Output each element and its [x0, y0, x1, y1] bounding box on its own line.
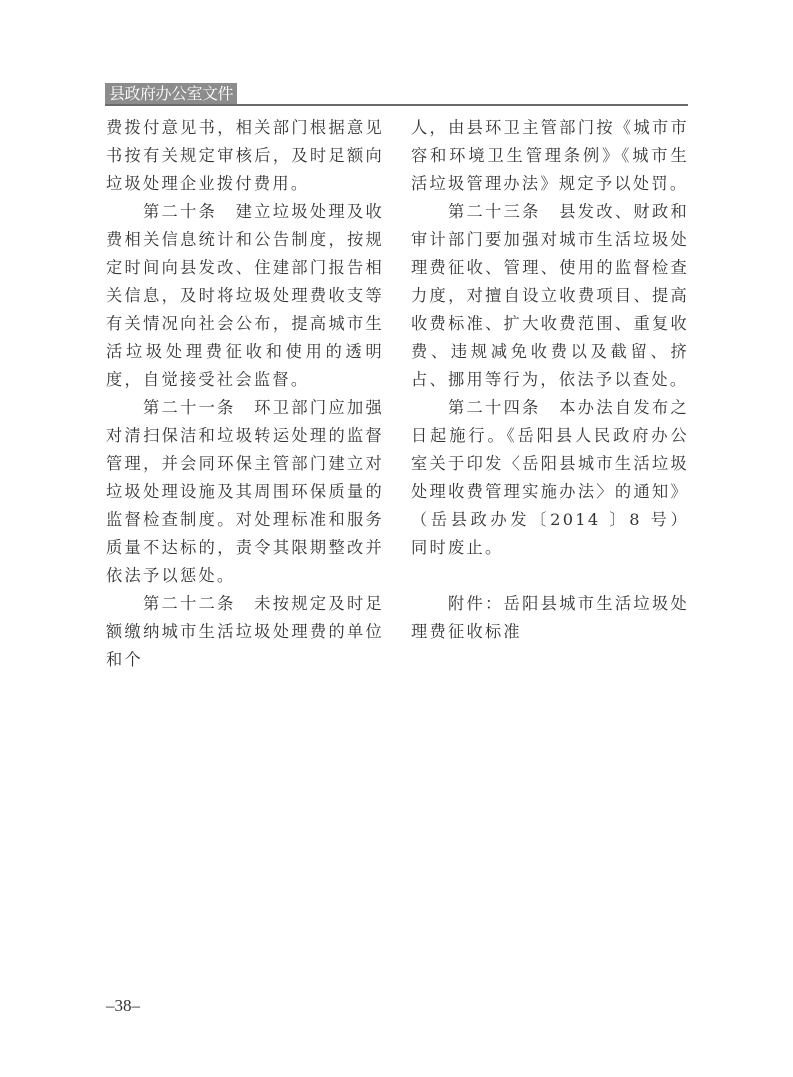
article-22: 第二十二条 未按规定及时足额缴纳城市生活垃圾处理费的单位和个 — [106, 590, 384, 674]
article-24: 第二十四条 本办法自发布之日起施行。《岳阳县人民政府办公室关于印发〈岳阳县城市生… — [411, 394, 689, 562]
spacer — [411, 562, 689, 590]
article-20: 第二十条 建立垃圾处理及收费相关信息统计和公告制度，按规定时间向县发改、住建部门… — [106, 198, 384, 394]
attachment-note: 附件：岳阳县城市生活垃圾处理费征收标准 — [411, 590, 689, 646]
article-23: 第二十三条 县发改、财政和审计部门要加强对城市生活垃圾处理费征收、管理、使用的监… — [411, 198, 689, 394]
right-column: 人，由县环卫主管部门按《城市市容和环境卫生管理条例》《城市生活垃圾管理办法》规定… — [411, 114, 689, 646]
section-header-tag: 县政府办公室文件 — [105, 83, 237, 104]
header-rule — [105, 104, 688, 106]
left-column: 费拨付意见书，相关部门根据意见书按有关规定审核后，及时足额向垃圾处理企业拨付费用… — [106, 114, 384, 674]
paragraph-continuation: 人，由县环卫主管部门按《城市市容和环境卫生管理条例》《城市生活垃圾管理办法》规定… — [411, 114, 689, 198]
page-number: –38– — [106, 996, 140, 1016]
paragraph-continuation: 费拨付意见书，相关部门根据意见书按有关规定审核后，及时足额向垃圾处理企业拨付费用… — [106, 114, 384, 198]
article-21: 第二十一条 环卫部门应加强对清扫保洁和垃圾转运处理的监督管理，并会同环保主管部门… — [106, 394, 384, 590]
